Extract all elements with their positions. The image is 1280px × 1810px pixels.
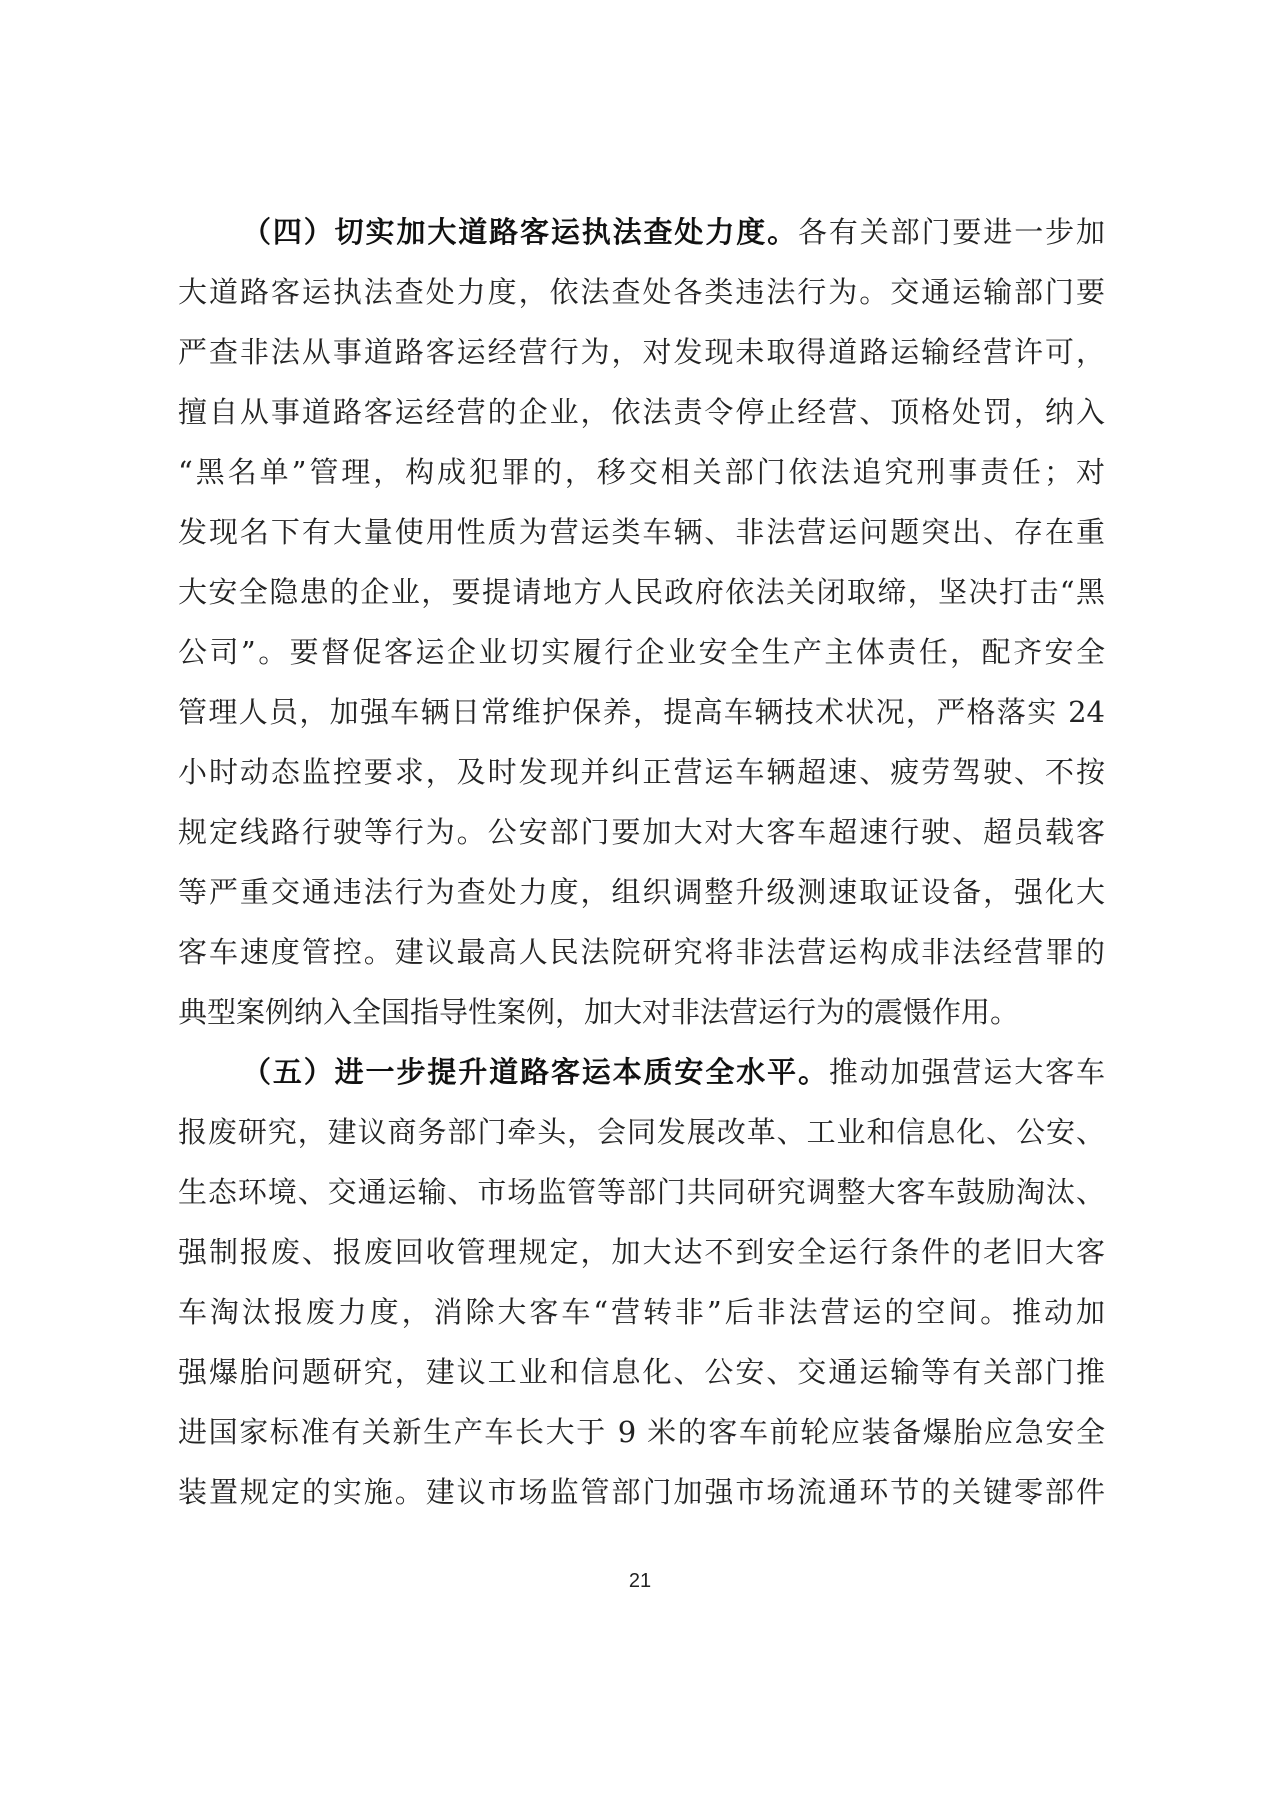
page-number: 21 xyxy=(0,1570,1280,1593)
paragraph-line: 强爆胎问题研究，建议工业和信息化、公安、交通运输等有关部门推 xyxy=(178,1342,1105,1402)
paragraph-line: 进国家标准有关新生产车长大于 9 米的客车前轮应装备爆胎应急安全 xyxy=(178,1402,1105,1462)
paragraph-line: 生态环境、交通运输、市场监管等部门共同研究调整大客车鼓励淘汰、 xyxy=(178,1162,1105,1222)
paragraph-text: 各有关部门要进一步加 xyxy=(798,215,1105,249)
section-heading-line: （五）进一步提升道路客运本质安全水平。推动加强营运大客车 xyxy=(178,1042,1105,1102)
paragraph-line: 大安全隐患的企业，要提请地方人民政府依法关闭取缔，坚决打击“黑 xyxy=(178,562,1105,622)
paragraph-text: 推动加强营运大客车 xyxy=(829,1055,1105,1089)
body-text: （四）切实加大道路客运执法查处力度。各有关部门要进一步加 大道路客运执法查处力度… xyxy=(178,202,1105,1522)
paragraph-line: 发现名下有大量使用性质为营运类车辆、非法营运问题突出、存在重 xyxy=(178,502,1105,562)
paragraph-line: 擅自从事道路客运经营的企业，依法责令停止经营、顶格处罚，纳入 xyxy=(178,382,1105,442)
document-page: （四）切实加大道路客运执法查处力度。各有关部门要进一步加 大道路客运执法查处力度… xyxy=(0,0,1280,1810)
paragraph-line: 装置规定的实施。建议市场监管部门加强市场流通环节的关键零部件 xyxy=(178,1462,1105,1522)
paragraph-line: 公司”。要督促客运企业切实履行企业安全生产主体责任，配齐安全 xyxy=(178,622,1105,682)
paragraph-line: 强制报废、报废回收管理规定，加大达不到安全运行条件的老旧大客 xyxy=(178,1222,1105,1282)
paragraph-line: 严查非法从事道路客运经营行为，对发现未取得道路运输经营许可， xyxy=(178,322,1105,382)
paragraph-line: 报废研究，建议商务部门牵头，会同发展改革、工业和信息化、公安、 xyxy=(178,1102,1105,1162)
section-heading-line: （四）切实加大道路客运执法查处力度。各有关部门要进一步加 xyxy=(178,202,1105,262)
paragraph-line: 管理人员，加强车辆日常维护保养，提高车辆技术状况，严格落实 24 xyxy=(178,682,1105,742)
paragraph-line: 小时动态监控要求，及时发现并纠正营运车辆超速、疲劳驾驶、不按 xyxy=(178,742,1105,802)
paragraph-line: 规定线路行驶等行为。公安部门要加大对大客车超速行驶、超员载客 xyxy=(178,802,1105,862)
paragraph-line: 等严重交通违法行为查处力度，组织调整升级测速取证设备，强化大 xyxy=(178,862,1105,922)
paragraph-line: 客车速度管控。建议最高人民法院研究将非法营运构成非法经营罪的 xyxy=(178,922,1105,982)
paragraph-line: 大道路客运执法查处力度，依法查处各类违法行为。交通运输部门要 xyxy=(178,262,1105,322)
section-heading: （五）进一步提升道路客运本质安全水平。 xyxy=(242,1055,829,1089)
section-heading: （四）切实加大道路客运执法查处力度。 xyxy=(242,215,798,249)
paragraph-line: 车淘汰报废力度，消除大客车“营转非”后非法营运的空间。推动加 xyxy=(178,1282,1105,1342)
paragraph-line: “黑名单”管理，构成犯罪的，移交相关部门依法追究刑事责任；对 xyxy=(178,442,1105,502)
paragraph-line: 典型案例纳入全国指导性案例，加大对非法营运行为的震慑作用。 xyxy=(178,982,1105,1042)
